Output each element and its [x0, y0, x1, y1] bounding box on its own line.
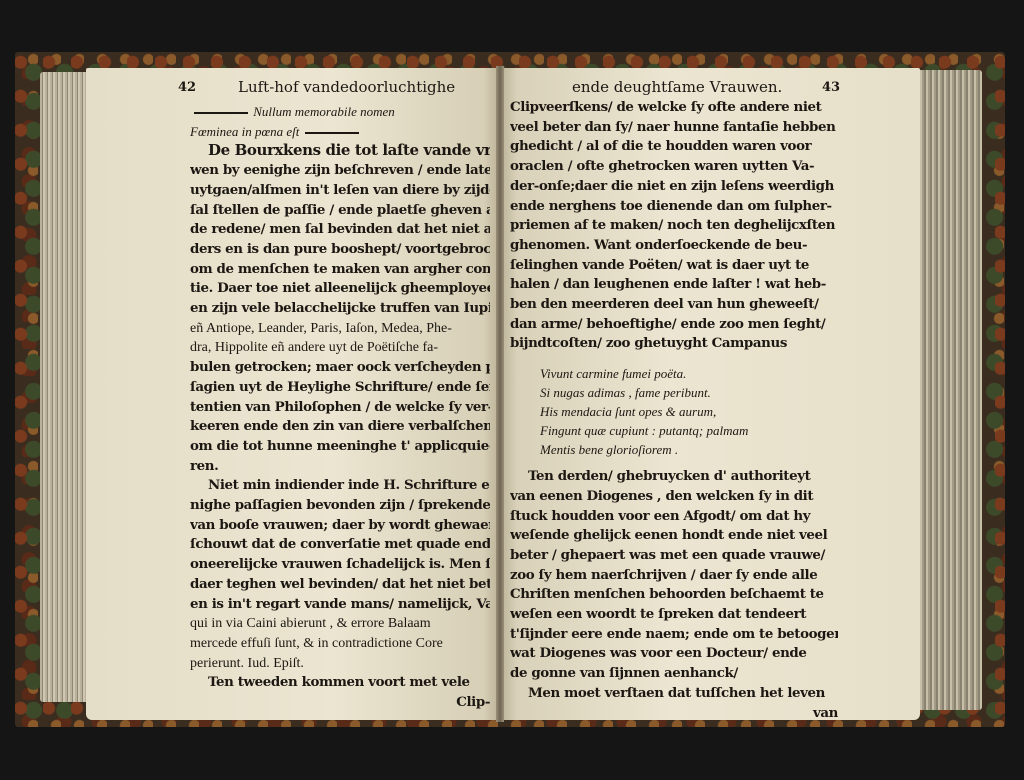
text-line: oneerelijcke vrauwen ſchadelijck is. Men…: [190, 555, 490, 575]
text-line: bijndtcoſten/ zoo ghetuyght Campanus: [510, 334, 838, 354]
text-line: der-onſe;daer die niet en zijn leſens we…: [510, 177, 838, 197]
text-line: perierunt. Iud. Epiſt.: [190, 654, 490, 674]
verse-line: Si nugas adimas , fame peribunt.: [510, 383, 838, 402]
text-line: Chriſten menſchen behoorden beſchaemt te: [510, 585, 838, 605]
text-line: Niet min indiender inde H. Schrifture ee…: [190, 476, 490, 496]
text-line: van eenen Diogenes , den welcken ſy in d…: [510, 487, 838, 507]
text-line: ſelinghen vande Poëten/ wat is daer uyt …: [510, 256, 838, 276]
text-line: De Bourxkens die tot laſte vande vrau-: [190, 141, 490, 161]
text-line: om de menſchen te maken van argher condi…: [190, 260, 490, 280]
epigraph-text: Nullum memorabile nomen: [253, 104, 395, 119]
verse-line: Vivunt carmine fumei poëta.: [510, 364, 838, 383]
text-line: wat Diogenes was voor een Docteur/ ende: [510, 644, 838, 664]
text-line: ghenomen. Want onderſoeckende de beu-: [510, 236, 838, 256]
text-line: bulen getrocken; maer oock verſcheyden p…: [190, 358, 490, 378]
running-head: Luft-hof vandedoorluchtighe: [238, 78, 455, 96]
text-line: priemen af te maken/ noch ten deghelijcx…: [510, 216, 838, 236]
page-number: 43: [822, 80, 840, 95]
epigraph-line: Fœminea in pœna eſt: [190, 122, 490, 142]
text-line: ſal ſtellen de paſſie / ende plaetſe ghe…: [190, 201, 490, 221]
text-line: daer teghen wel bevinden/ dat het niet b…: [190, 575, 490, 595]
text-line: ſagien uyt de Heylighe Schrifture/ ende …: [190, 378, 490, 398]
text-line: wen by eenighe zijn beſchreven / ende la…: [190, 161, 490, 181]
epigraph-line: Nullum memorabile nomen: [190, 102, 490, 122]
text-line: nighe paſſagien bevonden zijn / ſprekend…: [190, 496, 490, 516]
text-line: van booſe vrauwen; daer by wordt ghewaer…: [190, 516, 490, 536]
epigraph-text: Fœminea in pœna eſt: [190, 124, 299, 139]
text-line: t'ſijnder eere ende naem; ende om te bet…: [510, 625, 838, 645]
text-line: Ten tweeden kommen voort met vele: [190, 673, 490, 693]
text-line: oraclen / ofte ghetrocken waren uytten V…: [510, 157, 838, 177]
left-page-text: Nullum memorabile nomen Fœminea in pœna …: [190, 102, 490, 713]
text-line: Clipveerſkens/ de welcke ſy ofte andere …: [510, 98, 838, 118]
text-line: beter / ghepaert was met een quade vrauw…: [510, 546, 838, 566]
catchword: van: [510, 704, 838, 724]
left-page: 42 Luft-hof vandedoorluchtighe Nullum me…: [86, 68, 500, 720]
text-line: de gonne van ſijnnen aenhanck/: [510, 664, 838, 684]
text-line: ders en is dan pure booshept/ voortgebro…: [190, 240, 490, 260]
text-line: dan arme/ behoeftighe/ ende zoo men ſegh…: [510, 315, 838, 335]
text-line: ende nerghens toe dienende dan om ſulphe…: [510, 197, 838, 217]
text-line: veel beter dan ſy/ naer hunne fantaſie h…: [510, 118, 838, 138]
right-page: ende deughtſame Vrauwen. 43 Clipveerſken…: [500, 68, 920, 720]
epigraph-rule: [194, 112, 248, 114]
text-line: zoo ſy hem naerſchrijven / daer ſy ende …: [510, 566, 838, 586]
verse-line: His mendacia ſunt opes & aurum,: [510, 402, 838, 421]
text-line: ſchouwt dat de converſatie met quade end…: [190, 535, 490, 555]
text-line: weſende ghelijck eenen hondt ende niet v…: [510, 526, 838, 546]
text-line: de redene/ men ſal bevinden dat het niet…: [190, 220, 490, 240]
text-line: ghedicht / al of die te houdden waren vo…: [510, 137, 838, 157]
text-line: tentien van Philoſophen / de welcke ſy v…: [190, 398, 490, 418]
running-head: ende deughtſame Vrauwen.: [572, 78, 782, 96]
text-line: keeren ende den zin van diere verbalſche…: [190, 417, 490, 437]
text-line: weſen een woordt te ſpreken dat tendeert: [510, 605, 838, 625]
text-line: ren.: [190, 457, 490, 477]
page-number: 42: [178, 80, 196, 95]
verse-line: Mentis bene glorioſiorem .: [510, 440, 838, 459]
text-line: eñ Antiope, Leander, Paris, Iaſon, Medea…: [190, 319, 490, 339]
text-line: ſtuck houdden voor een Afgodt/ om dat hy: [510, 507, 838, 527]
verse-line: Fingunt quæ cupiunt : putantq; palmam: [510, 421, 838, 440]
text-line: ben den meerderen deel van hun gheweeſt/: [510, 295, 838, 315]
catchword: Clip-: [190, 693, 490, 713]
text-line: qui in via Caini abierunt , & errore Bal…: [190, 614, 490, 634]
text-line: en zijn vele belacchelijcke truffen van …: [190, 299, 490, 319]
left-page-edges: [40, 72, 88, 702]
book-gutter: [496, 66, 504, 722]
latin-verse: Vivunt carmine fumei poëta. Si nugas adi…: [510, 364, 838, 459]
text-line: halen / dan leughenen ende laſter ! wat …: [510, 275, 838, 295]
text-line: Men moet verſtaen dat tuſſchen het leven: [510, 684, 838, 704]
right-page-text: Clipveerſkens/ de welcke ſy ofte andere …: [510, 98, 838, 723]
text-line: uytgaen/alſmen in't leſen van diere by z…: [190, 181, 490, 201]
text-line: dra, Hippolite eñ andere uyt de Poëtiſch…: [190, 338, 490, 358]
text-line: tie. Daer toe niet alleenelijck gheemplo…: [190, 279, 490, 299]
text-line: om die tot hunne meeninghe t' applicquie…: [190, 437, 490, 457]
epigraph-rule: [305, 132, 359, 134]
text-line: Ten derden/ ghebruycken d' authoriteyt: [510, 467, 838, 487]
right-page-edges: [918, 70, 982, 710]
text-line: mercede effuſi ſunt, & in contradictione…: [190, 634, 490, 654]
text-line: en is in't regart vande mans/ namelijck,…: [190, 595, 490, 615]
